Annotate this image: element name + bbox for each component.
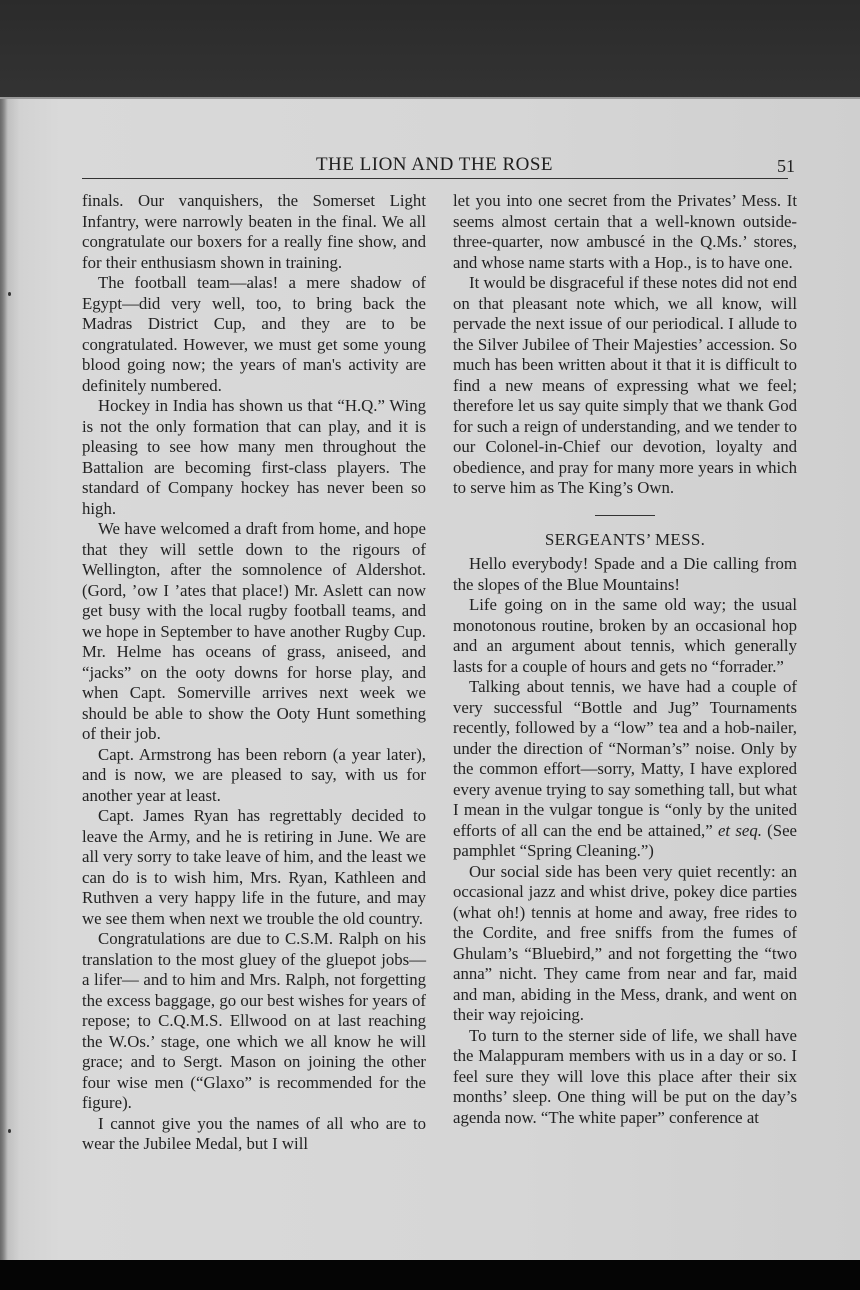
page-number: 51 [777,156,795,177]
left-column: finals. Our vanquishers, the Somerset Li… [82,191,426,1155]
scan-backdrop-top [0,0,860,100]
paragraph: Capt. Armstrong has been reborn (a year … [82,745,426,807]
paragraph: I cannot give you the names of all who a… [82,1114,426,1155]
publication-title: THE LION AND THE ROSE [82,154,787,176]
binding-hole-mark [8,1129,11,1133]
paragraph: let you into one secret from the Private… [453,191,797,273]
right-column: let you into one secret from the Private… [453,191,797,1128]
paragraph: finals. Our vanquishers, the Somerset Li… [82,191,426,273]
paragraph: Hello everybody! Spade and a Die calling… [453,554,797,595]
paragraph: Hockey in India has shown us that “H.Q.”… [82,396,426,519]
paragraph: The football team—alas! a mere shadow of… [82,273,426,396]
paragraph: To turn to the sterner side of life, we … [453,1026,797,1129]
paragraph: We have welcomed a draft from home, and … [82,519,426,745]
italic-phrase: et seq. [718,821,762,840]
paragraph: Congratulations are due to C.S.M. Ralph … [82,929,426,1114]
binding-hole-mark [8,292,11,296]
scan-backdrop-bottom [0,1260,860,1290]
paragraph: Talking about tennis, we have had a coup… [453,677,797,862]
paragraph: Life going on in the same old way; the u… [453,595,797,677]
paragraph: It would be disgraceful if these notes d… [453,273,797,499]
running-header: THE LION AND THE ROSE 51 [82,154,787,176]
section-heading: SERGEANTS’ MESS. [453,530,797,551]
page-gutter-shadow [0,99,8,1260]
paragraph-text: Talking about tennis, we have had a coup… [453,677,797,840]
header-rule [82,178,788,179]
magazine-page: THE LION AND THE ROSE 51 finals. Our van… [0,97,860,1260]
paragraph: Our social side has been very quiet rece… [453,862,797,1026]
section-divider [595,515,655,516]
paragraph: Capt. James Ryan has regrettably decided… [82,806,426,929]
